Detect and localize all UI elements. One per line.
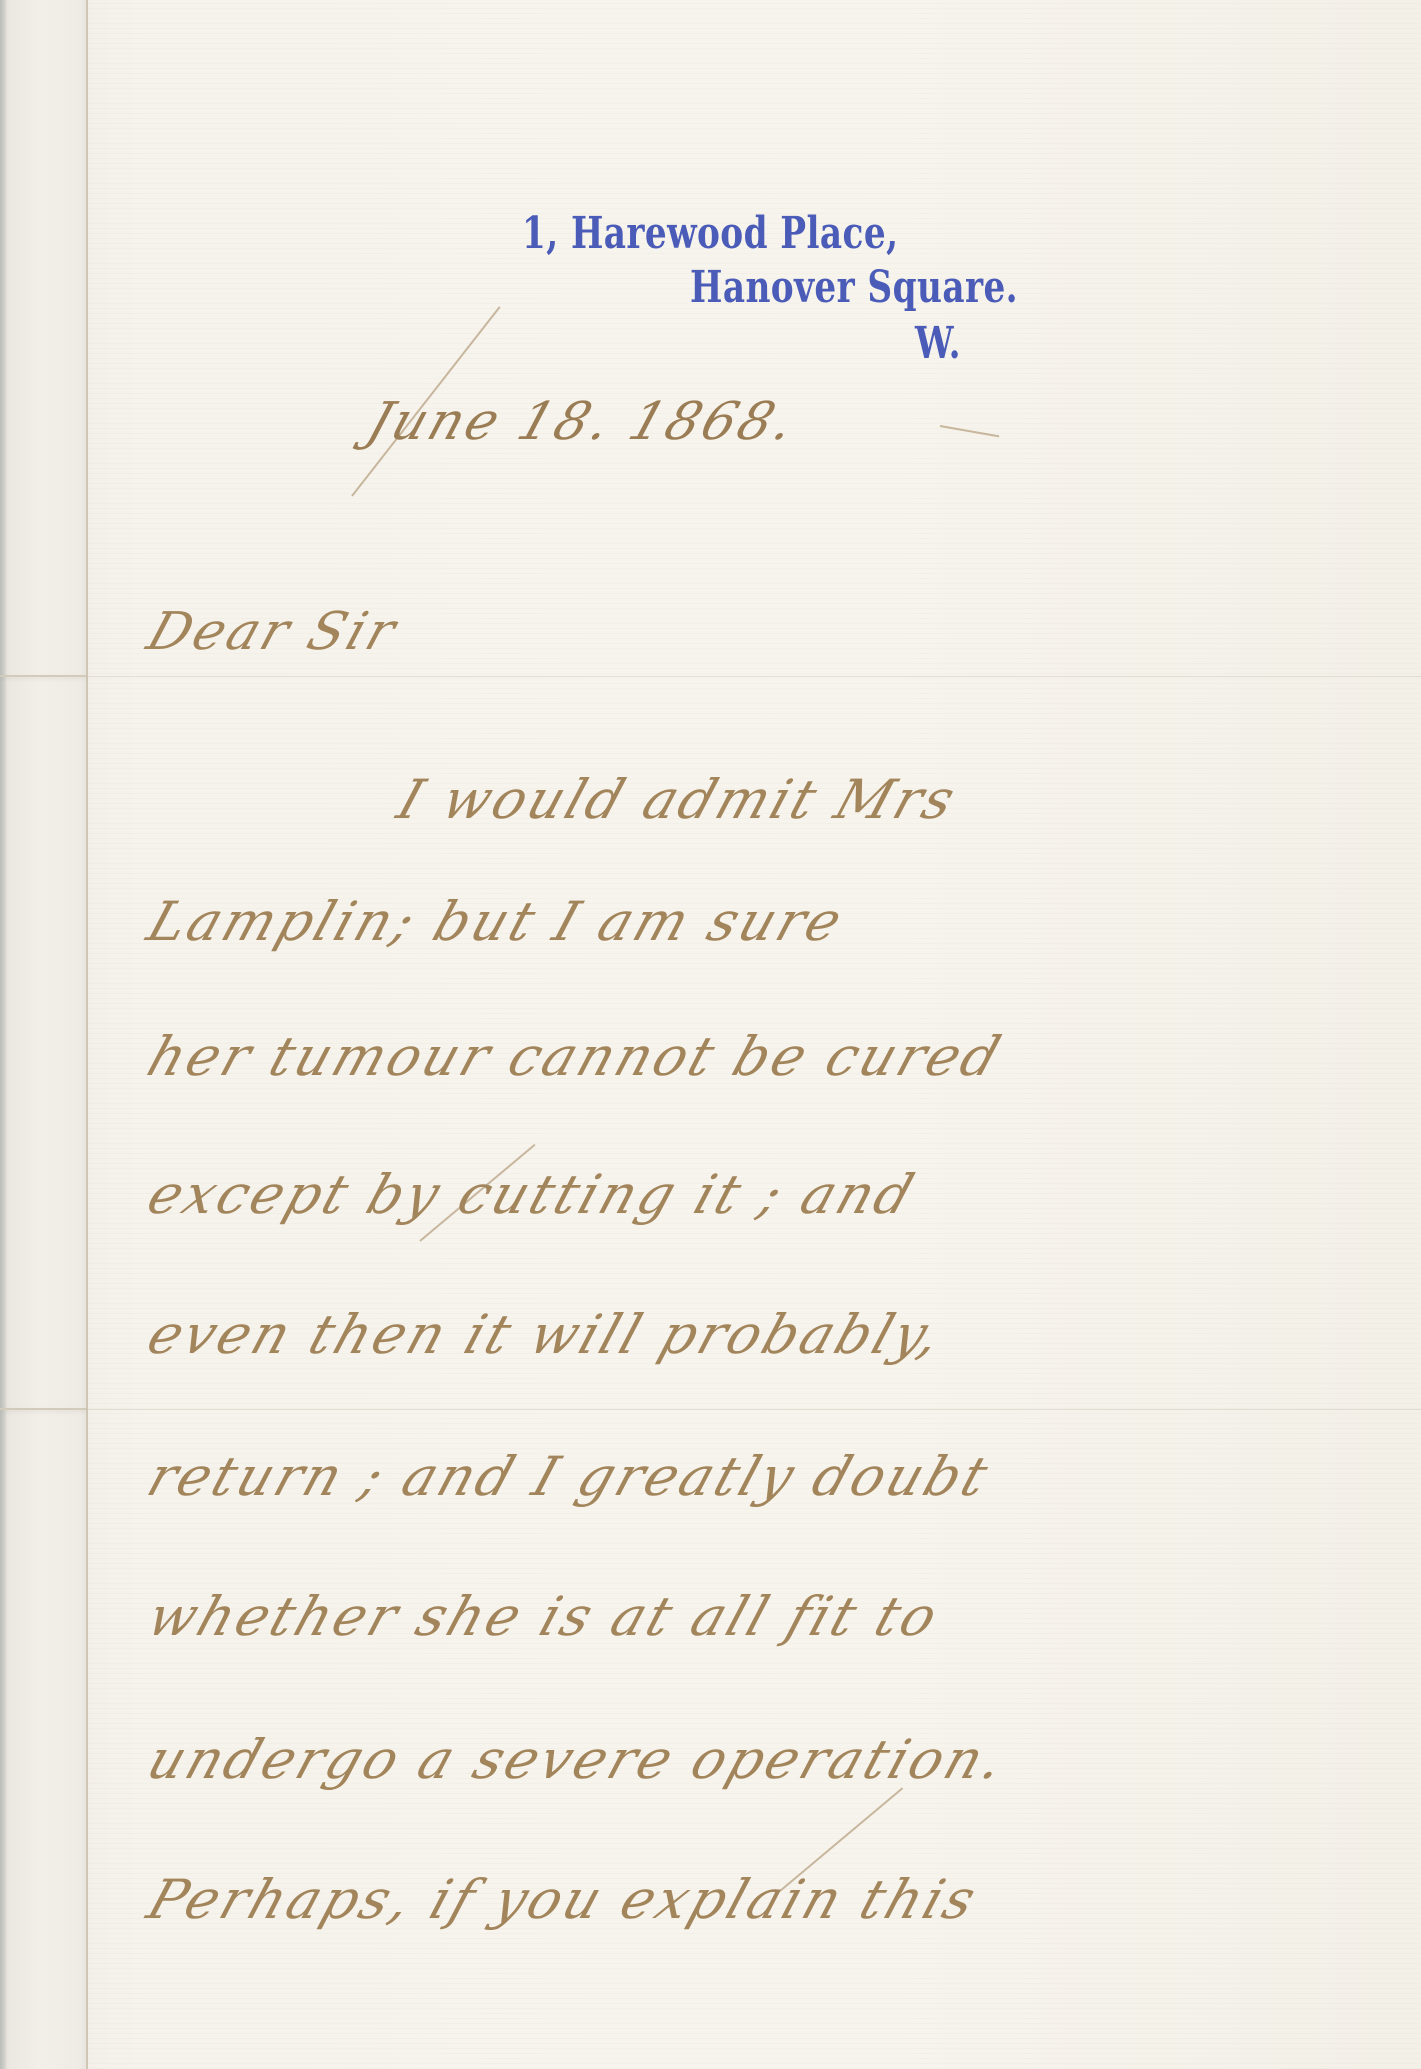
body-line: return ; and I greatly doubt xyxy=(140,1445,998,1508)
letterhead-address-line: 1, Harewood Place, xyxy=(522,208,898,259)
pen-flourish xyxy=(940,425,999,437)
body-line: Lamplin; but I am sure xyxy=(140,890,853,953)
binding-strip xyxy=(0,0,88,2069)
letter-page: 1, Harewood Place, Hanover Square. W. Ju… xyxy=(0,0,1421,2069)
body-line: Perhaps, if you explain this xyxy=(140,1868,986,1931)
body-line: undergo a severe operation. xyxy=(140,1728,1015,1791)
body-line: her tumour cannot be cured xyxy=(140,1025,1011,1088)
letterhead-postal-district: W. xyxy=(915,318,961,369)
paper-fold-line xyxy=(86,676,1421,677)
binding-edge xyxy=(0,0,6,2069)
body-line: except by cutting it ; and xyxy=(140,1163,924,1226)
salutation: Dear Sir xyxy=(140,602,405,662)
binding-crease xyxy=(0,675,86,677)
body-line: whether she is at all fit to xyxy=(140,1585,948,1648)
letterhead-address-line: Hanover Square. xyxy=(690,262,1018,313)
binding-crease xyxy=(0,1408,86,1410)
paper-fold-line xyxy=(86,1409,1421,1410)
body-line: I would admit Mrs xyxy=(390,768,965,831)
body-line: even then it will probably, xyxy=(140,1303,952,1366)
